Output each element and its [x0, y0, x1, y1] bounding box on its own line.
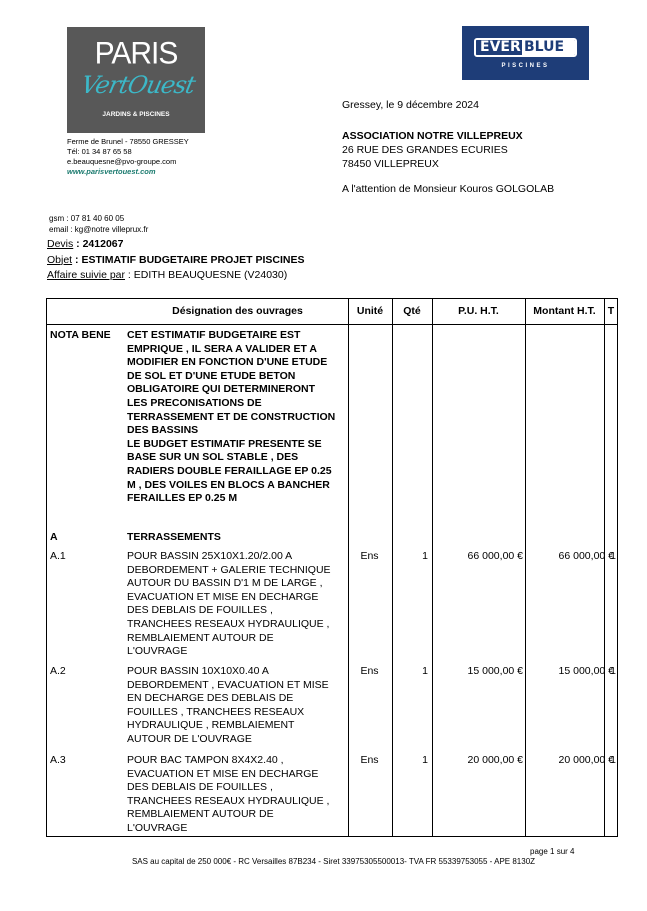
date-line: Gressey, le 9 décembre 2024 [342, 99, 479, 111]
company-email[interactable]: e.beauquesne@pvo-groupe.com [67, 157, 189, 167]
row-code: A.3 [50, 754, 66, 768]
row-description: POUR BASSIN 25X10X1.20/2.00 A DEBORDEMEN… [127, 550, 349, 659]
header-designation: Désignation des ouvrages [127, 299, 348, 324]
attention-line: A l'attention de Monsieur Kouros GOLGOLA… [342, 183, 554, 195]
objet-value: : ESTIMATIF BUDGETAIRE PROJET PISCINES [72, 254, 304, 266]
recipient-address: ASSOCIATION NOTRE VILLEPREUX 26 RUE DES … [342, 129, 523, 171]
row-description: POUR BAC TAMPON 8X4X2.40 , EVACUATION ET… [127, 754, 349, 836]
everblue-logo: EVER BLUE PISCINES [462, 26, 589, 80]
header-divider [47, 324, 617, 325]
recipient-city: 78450 VILLEPREUX [342, 157, 523, 171]
row-amount: 15 000,00 € [525, 665, 614, 679]
logo-paris-text: PARIS [67, 36, 205, 72]
company-website[interactable]: www.parisvertouest.com [67, 167, 189, 177]
header-tva: T [604, 299, 618, 324]
row-qty: 1 [392, 754, 428, 768]
row-unit: Ens [348, 550, 391, 564]
row-unit-price: 66 000,00 € [433, 550, 523, 564]
row-unit: Ens [348, 754, 391, 768]
client-gsm: gsm : 07 81 40 60 05 [49, 213, 148, 224]
logo-vertouest-text: VertOuest [72, 71, 204, 99]
everblue-wordmark: EVER BLUE [474, 38, 577, 57]
header-amount: Montant H.T. [525, 299, 604, 324]
row-code: A.1 [50, 550, 66, 564]
row-description: CET ESTIMATIF BUDGETAIRE EST EMPRIQUE , … [127, 329, 349, 506]
row-tva: 1 [607, 754, 619, 768]
row-unit-price: 15 000,00 € [433, 665, 523, 679]
header-qty: Qté [392, 299, 432, 324]
affaire-label: Affaire suivie par [47, 269, 125, 281]
company-info: Ferme de Brunel - 78550 GRESSEY Tél: 01 … [67, 137, 189, 177]
logo-tagline: JARDINS & PISCINES [67, 111, 205, 118]
row-amount: 66 000,00 € [525, 550, 614, 564]
affaire-value: : EDITH BEAUQUESNE (V24030) [125, 269, 287, 281]
affaire-line: Affaire suivie par : EDITH BEAUQUESNE (V… [47, 268, 305, 284]
row-qty: 1 [392, 665, 428, 679]
devis-number: : 2412067 [73, 238, 123, 250]
page-number: page 1 sur 4 [530, 847, 574, 856]
quote-table: Désignation des ouvrages Unité Qté P.U. … [46, 298, 618, 837]
objet-label: Objet [47, 254, 72, 266]
row-code: A [50, 531, 58, 545]
row-description: POUR BASSIN 10X10X0.40 A DEBORDEMENT , E… [127, 665, 349, 747]
row-unit-price: 20 000,00 € [433, 754, 523, 768]
row-amount: 20 000,00 € [525, 754, 614, 768]
row-tva: 1 [607, 550, 619, 564]
header-unit-price: P.U. H.T. [432, 299, 525, 324]
company-phone: Tél: 01 34 87 65 58 [67, 147, 189, 157]
client-email: email : kg@notre villeprux.fr [49, 224, 148, 235]
recipient-name: ASSOCIATION NOTRE VILLEPREUX [342, 129, 523, 143]
row-code: NOTA BENE [50, 329, 111, 343]
quote-meta: Devis : 2412067 Objet : ESTIMATIF BUDGET… [47, 237, 305, 284]
company-address: Ferme de Brunel - 78550 GRESSEY [67, 137, 189, 147]
devis-label: Devis [47, 238, 73, 250]
row-code: A.2 [50, 665, 66, 679]
legal-footer: SAS au capital de 250 000€ - RC Versaill… [0, 857, 647, 866]
logo-piscines-text: PISCINES [462, 63, 589, 69]
row-description: TERRASSEMENTS [127, 531, 349, 545]
header-unit: Unité [348, 299, 392, 324]
recipient-street: 26 RUE DES GRANDES ECURIES [342, 143, 523, 157]
row-tva: 1 [607, 665, 619, 679]
row-unit: Ens [348, 665, 391, 679]
client-contact: gsm : 07 81 40 60 05 email : kg@notre vi… [49, 213, 148, 235]
logo-blue-text: BLUE [522, 40, 575, 55]
objet-line: Objet : ESTIMATIF BUDGETAIRE PROJET PISC… [47, 253, 305, 269]
row-qty: 1 [392, 550, 428, 564]
logo-ever-text: EVER [476, 40, 522, 55]
devis-line: Devis : 2412067 [47, 237, 305, 253]
paris-vert-ouest-logo: PARIS VertOuest JARDINS & PISCINES [67, 27, 205, 133]
